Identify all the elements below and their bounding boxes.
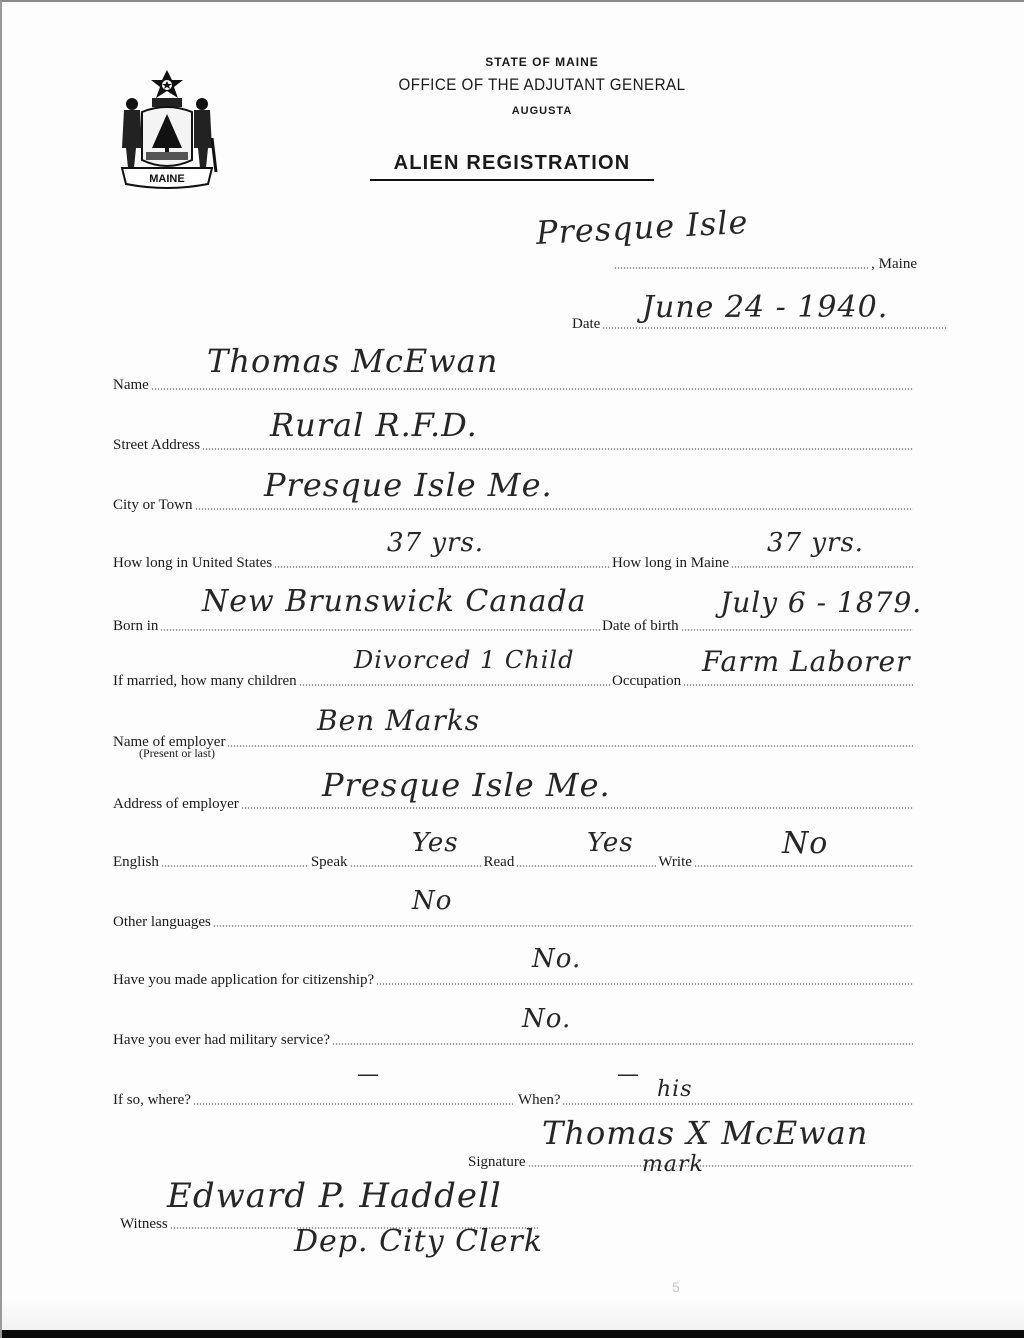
speak-value: Yes bbox=[412, 828, 459, 858]
place-field[interactable] bbox=[614, 267, 869, 269]
other-languages-label: Other languages bbox=[113, 914, 211, 930]
born-in-label: Born in bbox=[113, 618, 158, 634]
children-field[interactable] bbox=[299, 684, 611, 686]
employer-name-row: Name of employer bbox=[113, 726, 915, 750]
children-label: If married, how many children bbox=[113, 673, 297, 689]
how-long-maine-label: How long in Maine bbox=[612, 555, 729, 571]
born-in-value: New Brunswick Canada bbox=[202, 584, 587, 619]
employer-name-field[interactable] bbox=[227, 745, 913, 747]
when-row: When? bbox=[518, 1084, 915, 1108]
if-so-where-row: If so, where? bbox=[113, 1084, 515, 1108]
children-value: Divorced 1 Child bbox=[354, 646, 574, 674]
speak-label: Speak bbox=[311, 854, 348, 870]
how-long-maine-value: 37 yrs. bbox=[767, 528, 864, 558]
employer-address-label: Address of employer bbox=[113, 796, 239, 812]
city-value: Presque Isle Me. bbox=[264, 466, 553, 504]
scan-noise bbox=[2, 1300, 1024, 1330]
occupation-value: Farm Laborer bbox=[702, 645, 910, 678]
military-row: Have you ever had military service? bbox=[113, 1024, 915, 1048]
header-state: STATE OF MAINE bbox=[302, 55, 782, 69]
other-languages-field[interactable] bbox=[213, 925, 913, 927]
city-field[interactable] bbox=[195, 508, 913, 510]
citizenship-label: Have you made application for citizenshi… bbox=[113, 972, 374, 988]
other-languages-value: No bbox=[412, 886, 452, 916]
svg-text:MAINE: MAINE bbox=[149, 173, 184, 185]
street-address-label: Street Address bbox=[113, 437, 200, 453]
citizenship-row: Have you made application for citizenshi… bbox=[113, 964, 915, 988]
name-value: Thomas McEwan bbox=[207, 342, 498, 380]
when-field[interactable] bbox=[562, 1103, 913, 1105]
signature-value: Thomas X McEwan bbox=[542, 1114, 868, 1152]
signature-label: Signature bbox=[468, 1154, 526, 1170]
military-label: Have you ever had military service? bbox=[113, 1032, 330, 1048]
city-label: City or Town bbox=[113, 497, 193, 513]
date-of-birth-value: July 6 - 1879. bbox=[720, 586, 922, 619]
occupation-label: Occupation bbox=[612, 673, 681, 689]
employer-name-sublabel: (Present or last) bbox=[139, 746, 215, 761]
date-of-birth-label: Date of birth bbox=[602, 618, 679, 634]
how-long-maine-field[interactable] bbox=[731, 566, 913, 568]
date-label: Date bbox=[572, 316, 600, 332]
how-long-us-row: How long in United States bbox=[113, 547, 613, 571]
street-address-row: Street Address bbox=[113, 429, 915, 453]
read-value: Yes bbox=[587, 828, 634, 858]
place-label: , Maine bbox=[871, 256, 917, 272]
citizenship-field[interactable] bbox=[376, 983, 913, 985]
speak-field[interactable] bbox=[350, 865, 482, 867]
header-office: OFFICE OF THE ADJUTANT GENERAL bbox=[321, 76, 763, 95]
witness-value: Edward P. Haddell bbox=[167, 1176, 502, 1216]
how-long-us-value: 37 yrs. bbox=[387, 528, 484, 558]
place-row: , Maine bbox=[612, 248, 917, 272]
write-value: No bbox=[782, 826, 828, 861]
signature-field[interactable] bbox=[528, 1165, 914, 1167]
if-so-where-field[interactable] bbox=[193, 1103, 513, 1105]
how-long-us-field[interactable] bbox=[274, 566, 611, 568]
form-title: ALIEN REGISTRATION bbox=[370, 152, 654, 181]
place-value: Presque Isle bbox=[535, 203, 749, 252]
witness-label: Witness bbox=[120, 1216, 168, 1232]
witness-title: Dep. City Clerk bbox=[294, 1224, 543, 1259]
signature-his: his bbox=[657, 1077, 693, 1102]
military-value: No. bbox=[522, 1004, 571, 1034]
if-so-where-value: — bbox=[357, 1062, 380, 1087]
read-label: Read bbox=[484, 854, 515, 870]
when-label: When? bbox=[518, 1092, 560, 1108]
signature-mark: mark bbox=[642, 1152, 704, 1177]
name-field[interactable] bbox=[151, 388, 913, 390]
document-page: MAINE STATE OF MAINE OFFICE OF THE ADJUT… bbox=[0, 0, 1024, 1338]
employer-address-field[interactable] bbox=[241, 807, 913, 809]
english-label: English bbox=[113, 854, 159, 870]
maine-state-seal-icon: MAINE bbox=[112, 68, 222, 192]
employer-name-value: Ben Marks bbox=[317, 704, 480, 737]
faint-stamp: 5 bbox=[672, 1279, 683, 1295]
occupation-field[interactable] bbox=[683, 684, 913, 686]
born-in-field[interactable] bbox=[160, 629, 601, 631]
date-of-birth-field[interactable] bbox=[681, 629, 913, 631]
other-languages-row: Other languages bbox=[113, 906, 915, 930]
date-field[interactable] bbox=[602, 327, 948, 329]
employer-address-value: Presque Isle Me. bbox=[322, 766, 611, 804]
street-address-value: Rural R.F.D. bbox=[270, 406, 478, 444]
how-long-maine-row: How long in Maine bbox=[612, 547, 915, 571]
if-so-where-label: If so, where? bbox=[113, 1092, 191, 1108]
when-value: — bbox=[617, 1062, 640, 1087]
name-label: Name bbox=[113, 377, 149, 393]
scan-edge bbox=[2, 1330, 1024, 1338]
header-city: AUGUSTA bbox=[302, 105, 782, 117]
write-field[interactable] bbox=[694, 865, 913, 867]
citizenship-value: No. bbox=[532, 944, 581, 974]
military-field[interactable] bbox=[332, 1043, 913, 1045]
write-label: Write bbox=[658, 854, 692, 870]
read-field[interactable] bbox=[516, 865, 656, 867]
how-long-us-label: How long in United States bbox=[113, 555, 272, 571]
street-address-field[interactable] bbox=[202, 448, 913, 450]
date-value: June 24 - 1940. bbox=[642, 290, 888, 325]
